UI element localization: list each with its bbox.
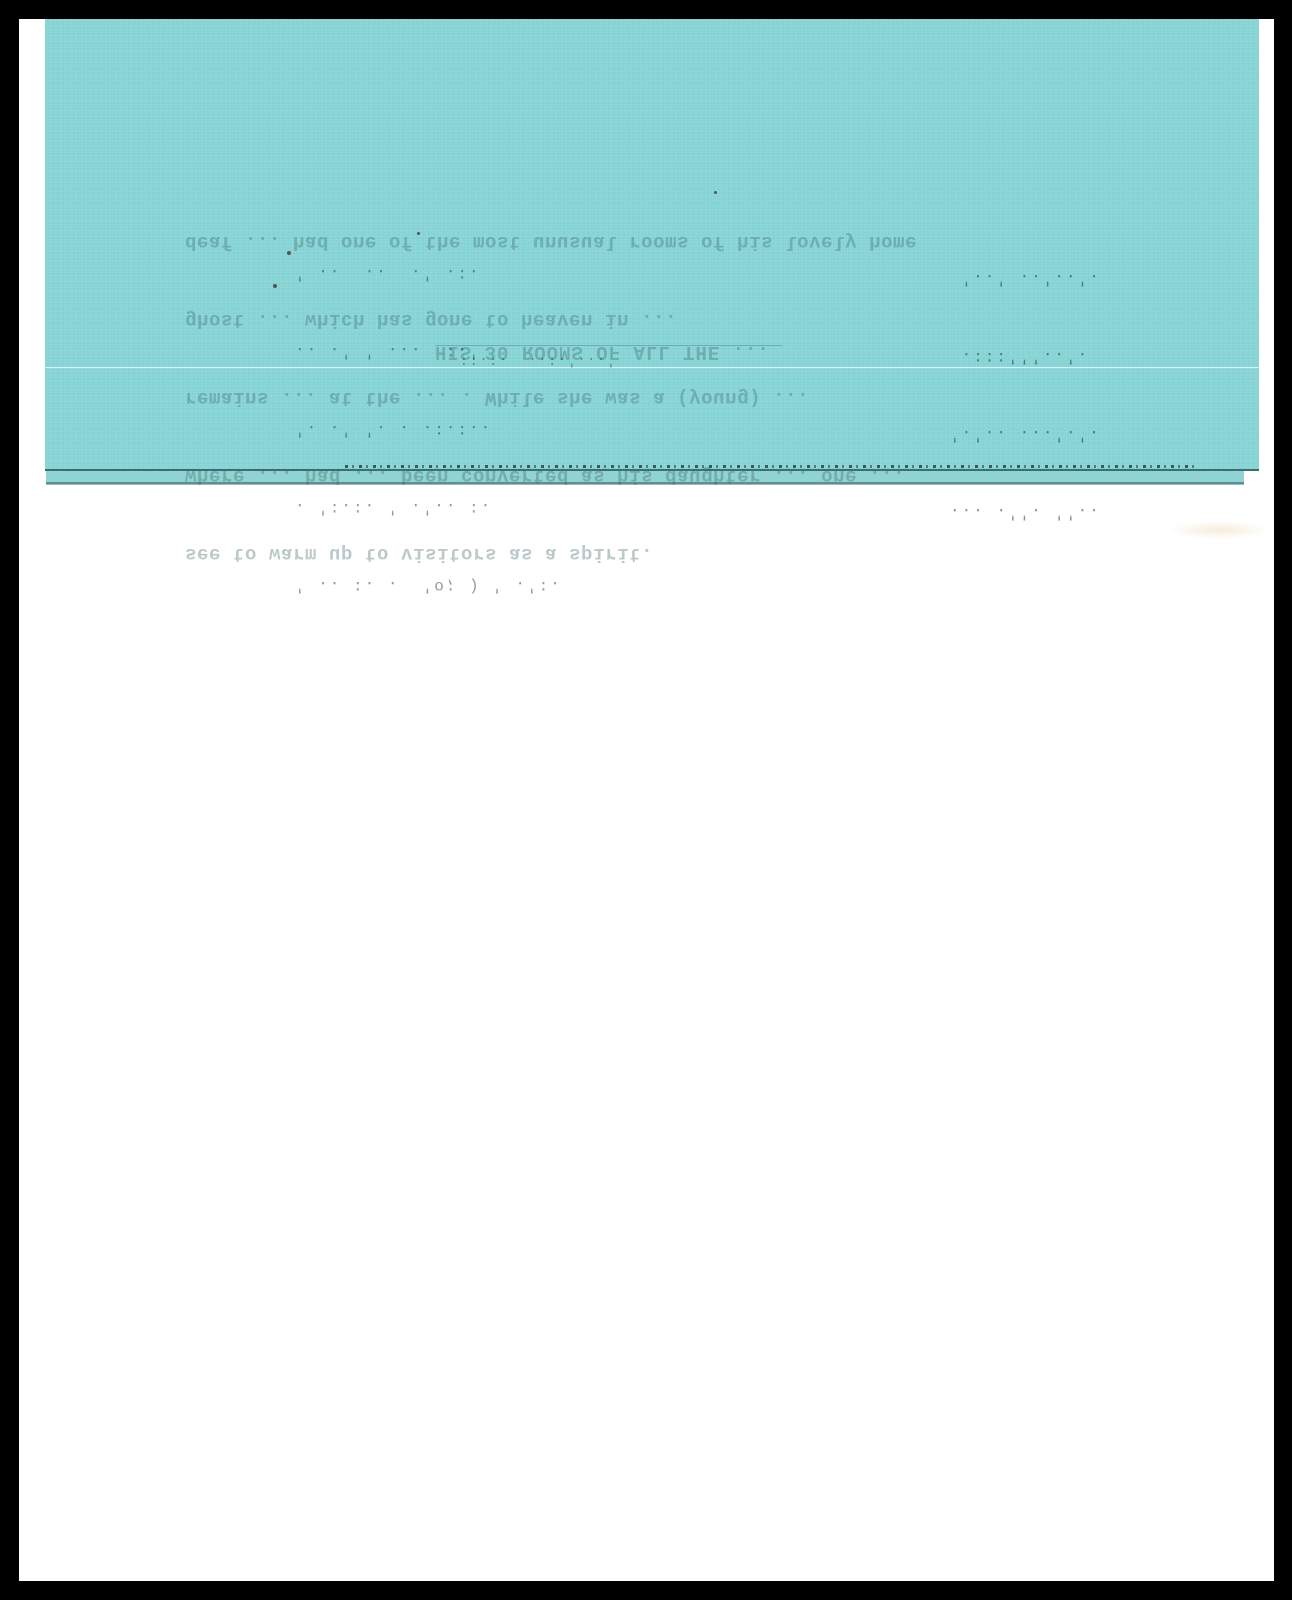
scanned-page: see to warm up to visitors as a spirit. …	[19, 19, 1274, 1581]
ink-speck	[714, 191, 717, 194]
paper-stain	[1167, 521, 1271, 539]
carbon-line: ' .. .. .' .:.	[295, 261, 625, 287]
carbon-line: '. .' '. . .:.:..	[295, 417, 625, 443]
carbon-line: .:::'''..'.	[950, 344, 1150, 370]
ink-speck	[287, 251, 291, 255]
carbon-impression-right: ... .''. ''.. '.'.. ...'.'. .:::'''..'. …	[950, 214, 1150, 578]
ink-speck	[417, 232, 420, 235]
ink-speck	[273, 284, 277, 288]
carbon-line: . ':.:. ' .'.. :.	[295, 495, 625, 521]
carbon-impression-left: ' .. :. . 'o; ) ' .':. . ':.:. ' .'.. :.…	[295, 209, 625, 651]
carbon-line: ' .. :. . 'o; ) ' .':.	[295, 573, 625, 599]
carbon-line: '.'.. ...'.'.	[950, 422, 1150, 448]
carbon-line: '..' ..'..'.	[950, 266, 1150, 292]
carbon-impression-heading: ::.:. ..:.'...'	[460, 354, 760, 369]
blue-paper-sheet: see to warm up to visitors as a spirit. …	[45, 19, 1259, 471]
carbon-line: ... .''. ''..	[950, 500, 1150, 526]
